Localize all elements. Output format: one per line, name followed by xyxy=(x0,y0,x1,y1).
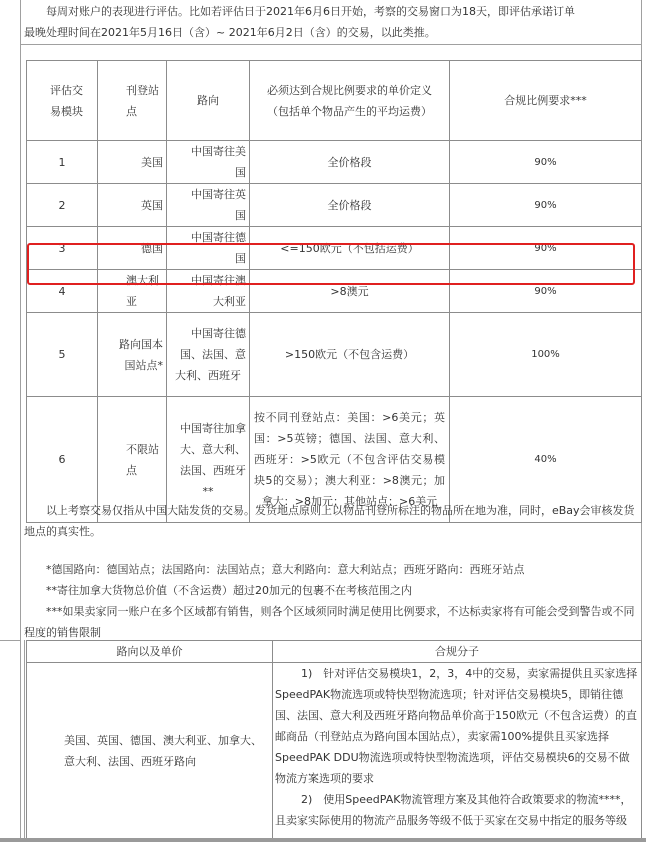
table-row: 1 美国 中国寄往美国 全价格段 90% xyxy=(27,141,642,184)
cell-price-def: >150欧元（不包含运费） xyxy=(250,313,450,397)
cell-price-def: 全价格段 xyxy=(250,141,450,184)
cell-route: 中国寄往澳大利亚 xyxy=(167,270,250,313)
intro-paragraph: 每周对账户的表现进行评估。比如若评估日于2021年6月6日开始，考察的交易窗口为… xyxy=(24,1,636,43)
domestic-note-text: 以上考察交易仅指从中国大陆发货的交易。发货地点原则上以物品刊登所标注的物品所在地… xyxy=(24,500,636,542)
cell-route: 中国寄往德国、法国、意大利、西班牙 xyxy=(167,313,250,397)
header-route: 路向 xyxy=(167,61,250,141)
cell-site: 路向国本国站点* xyxy=(98,313,167,397)
footnotes: *德国路向：德国站点；法国路向：法国站点；意大利路向：意大利站点；西班牙路向：西… xyxy=(24,559,636,643)
cell-numerator: 1) 针对评估交易模块1，2，3，4中的交易，卖家需提供且买家选择SpeedPA… xyxy=(273,663,642,840)
bottom-edge xyxy=(0,838,646,842)
numerator-item-1: 1) 针对评估交易模块1，2，3，4中的交易，卖家需提供且买家选择SpeedPA… xyxy=(275,663,639,789)
cell-route: 中国寄往美国 xyxy=(167,141,250,184)
cell-site: 澳大利亚 xyxy=(98,270,167,313)
table-header-row: 路向以及单价 合规分子 xyxy=(27,641,642,663)
cell-ratio: 90% xyxy=(450,270,642,313)
frame-inner-line xyxy=(24,640,25,838)
cell-ratio: 90% xyxy=(450,227,642,270)
cell-price-def: 全价格段 xyxy=(250,184,450,227)
cell-route: 中国寄往德国 xyxy=(167,227,250,270)
numerator-item-2: 2) 使用SpeedPAK物流管理方案及其他符合政策要求的物流****，且卖家实… xyxy=(275,789,639,831)
cell-ratio: 90% xyxy=(450,141,642,184)
footnote-3: ***如果卖家同一账户在多个区域都有销售，则各个区域须同时满足使用比例要求，不达… xyxy=(24,601,636,643)
cell-route-price: 美国、英国、德国、澳大利亚、加拿大、意大利、法国、西班牙路向 xyxy=(27,663,273,840)
cell-module: 4 xyxy=(27,270,98,313)
cell-module: 2 xyxy=(27,184,98,227)
header-ratio: 合规比例要求*** xyxy=(450,61,642,141)
header-route-price: 路向以及单价 xyxy=(27,641,273,663)
table-row: 5 路向国本国站点* 中国寄往德国、法国、意大利、西班牙 >150欧元（不包含运… xyxy=(27,313,642,397)
cell-site: 美国 xyxy=(98,141,167,184)
cell-route: 中国寄往英国 xyxy=(167,184,250,227)
table-row: 2 英国 中国寄往英国 全价格段 90% xyxy=(27,184,642,227)
intro-line-2: 最晚处理时间在2021年5月16日（含）~ 2021年6月2日（含）的交易，以此… xyxy=(24,22,636,43)
cell-price-def: >8澳元 xyxy=(250,270,450,313)
header-module: 评估交易模块 xyxy=(27,61,98,141)
table-header-row: 评估交易模块 刊登站点 路向 必须达到合规比例要求的单价定义（包括单个物品产生的… xyxy=(27,61,642,141)
header-site: 刊登站点 xyxy=(98,61,167,141)
compliance-numerator-table: 路向以及单价 合规分子 美国、英国、德国、澳大利亚、加拿大、意大利、法国、西班牙… xyxy=(26,640,642,840)
footnote-1: *德国路向：德国站点；法国路向：法国站点；意大利路向：意大利站点；西班牙路向：西… xyxy=(24,559,636,580)
cell-module: 3 xyxy=(27,227,98,270)
header-price-def: 必须达到合规比例要求的单价定义（包括单个物品产生的平均运费） xyxy=(250,61,450,141)
evaluation-module-table: 评估交易模块 刊登站点 路向 必须达到合规比例要求的单价定义（包括单个物品产生的… xyxy=(26,60,642,523)
frame-left-line xyxy=(20,0,21,842)
table-row: 3 德国 中国寄往德国 <=150欧元（不包括运费） 90% xyxy=(27,227,642,270)
domestic-note: 以上考察交易仅指从中国大陆发货的交易。发货地点原则上以物品刊登所标注的物品所在地… xyxy=(24,500,636,542)
cell-site: 德国 xyxy=(98,227,167,270)
cell-module: 1 xyxy=(27,141,98,184)
cell-ratio: 100% xyxy=(450,313,642,397)
intro-line-1: 每周对账户的表现进行评估。比如若评估日于2021年6月6日开始，考察的交易窗口为… xyxy=(24,1,636,22)
cell-site: 英国 xyxy=(98,184,167,227)
cell-ratio: 90% xyxy=(450,184,642,227)
document-page: 每周对账户的表现进行评估。比如若评估日于2021年6月6日开始，考察的交易窗口为… xyxy=(0,0,646,842)
cell-price-def: <=150欧元（不包括运费） xyxy=(250,227,450,270)
footnote-2: **寄往加拿大货物总价值（不含运费）超过20加元的包裹不在考核范围之内 xyxy=(24,580,636,601)
table-row: 美国、英国、德国、澳大利亚、加拿大、意大利、法国、西班牙路向 1) 针对评估交易… xyxy=(27,663,642,840)
table-row-highlighted: 4 澳大利亚 中国寄往澳大利亚 >8澳元 90% xyxy=(27,270,642,313)
frame-divider xyxy=(20,44,642,45)
header-numerator: 合规分子 xyxy=(273,641,642,663)
frame-divider xyxy=(0,640,20,641)
cell-module: 5 xyxy=(27,313,98,397)
